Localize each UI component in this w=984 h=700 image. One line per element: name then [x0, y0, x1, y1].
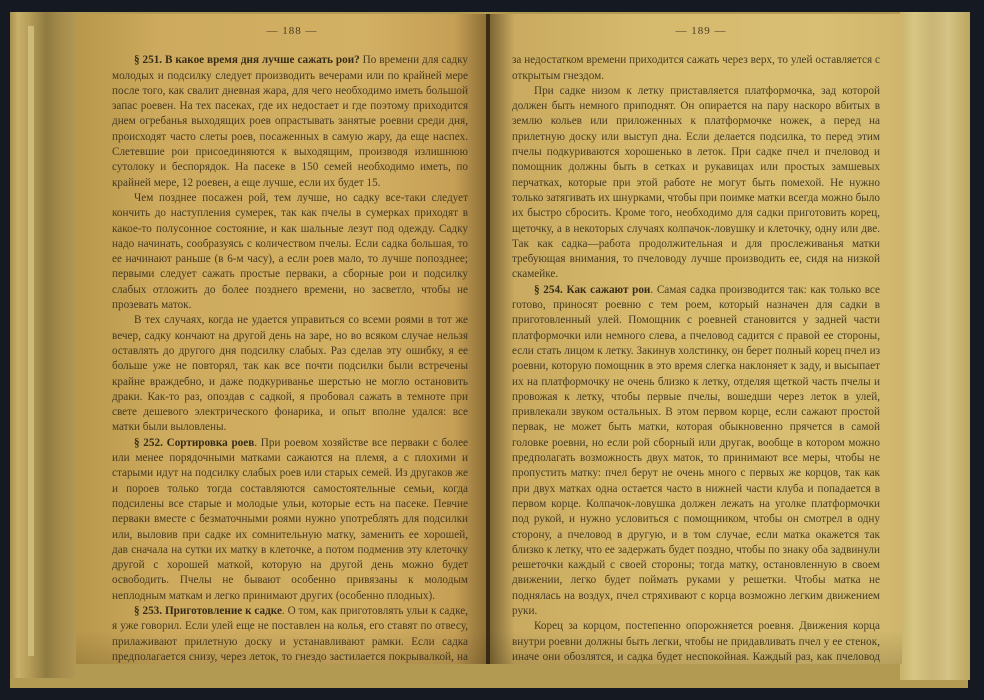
paragraph: Корец за корцом, постепенно опорожняется… — [512, 619, 880, 664]
section-title: В какое время дня лучше сажать рои? — [165, 54, 360, 66]
page-text: за недостатком времени приходится сажать… — [490, 53, 902, 664]
section-mark: § 254. — [534, 284, 563, 296]
paragraph: В тех случаях, когда не удается управить… — [112, 313, 468, 435]
left-cover-edge — [10, 12, 76, 678]
page-block-edge — [28, 26, 34, 656]
section-mark: § 253. — [134, 605, 162, 617]
section-title: Приготовление к садке — [165, 605, 282, 617]
page-number: — 188 — — [76, 24, 488, 39]
section-title: Как сажают рои — [566, 284, 650, 296]
left-page: — 188 — § 251. В какое время дня лучше с… — [76, 14, 488, 664]
paragraph: § 254. Как сажают рои. Самая садка произ… — [512, 283, 880, 620]
right-cover-edge — [900, 12, 970, 680]
paragraph-text: . Самая садка производится так: как толь… — [512, 284, 880, 617]
paragraph: § 252. Сортировка роев. При роевом хозяй… — [112, 436, 468, 604]
paragraph: за недостатком времени приходится сажать… — [512, 53, 880, 84]
paragraph: При садке низом к летку приставляется пл… — [512, 84, 880, 283]
section-mark: § 251. — [134, 54, 162, 66]
paragraph: § 251. В какое время дня лучше сажать ро… — [112, 53, 468, 191]
right-page: — 189 — за недостатком времени приходитс… — [490, 14, 902, 664]
section-mark: § 252. — [134, 437, 163, 449]
section-title: Сортировка роев — [167, 437, 255, 449]
paragraph: § 253. Приготовление к садке. О том, как… — [112, 604, 468, 664]
paragraph-text: . При роевом хозяйстве все перваки с бол… — [112, 437, 468, 602]
paragraph: Чем позднее посажен рой, тем лучше, но с… — [112, 191, 468, 313]
page-text: § 251. В какое время дня лучше сажать ро… — [76, 53, 488, 664]
page-number: — 189 — — [490, 24, 902, 39]
paragraph-text: По времени для садку молодых и подсилку … — [112, 54, 468, 188]
